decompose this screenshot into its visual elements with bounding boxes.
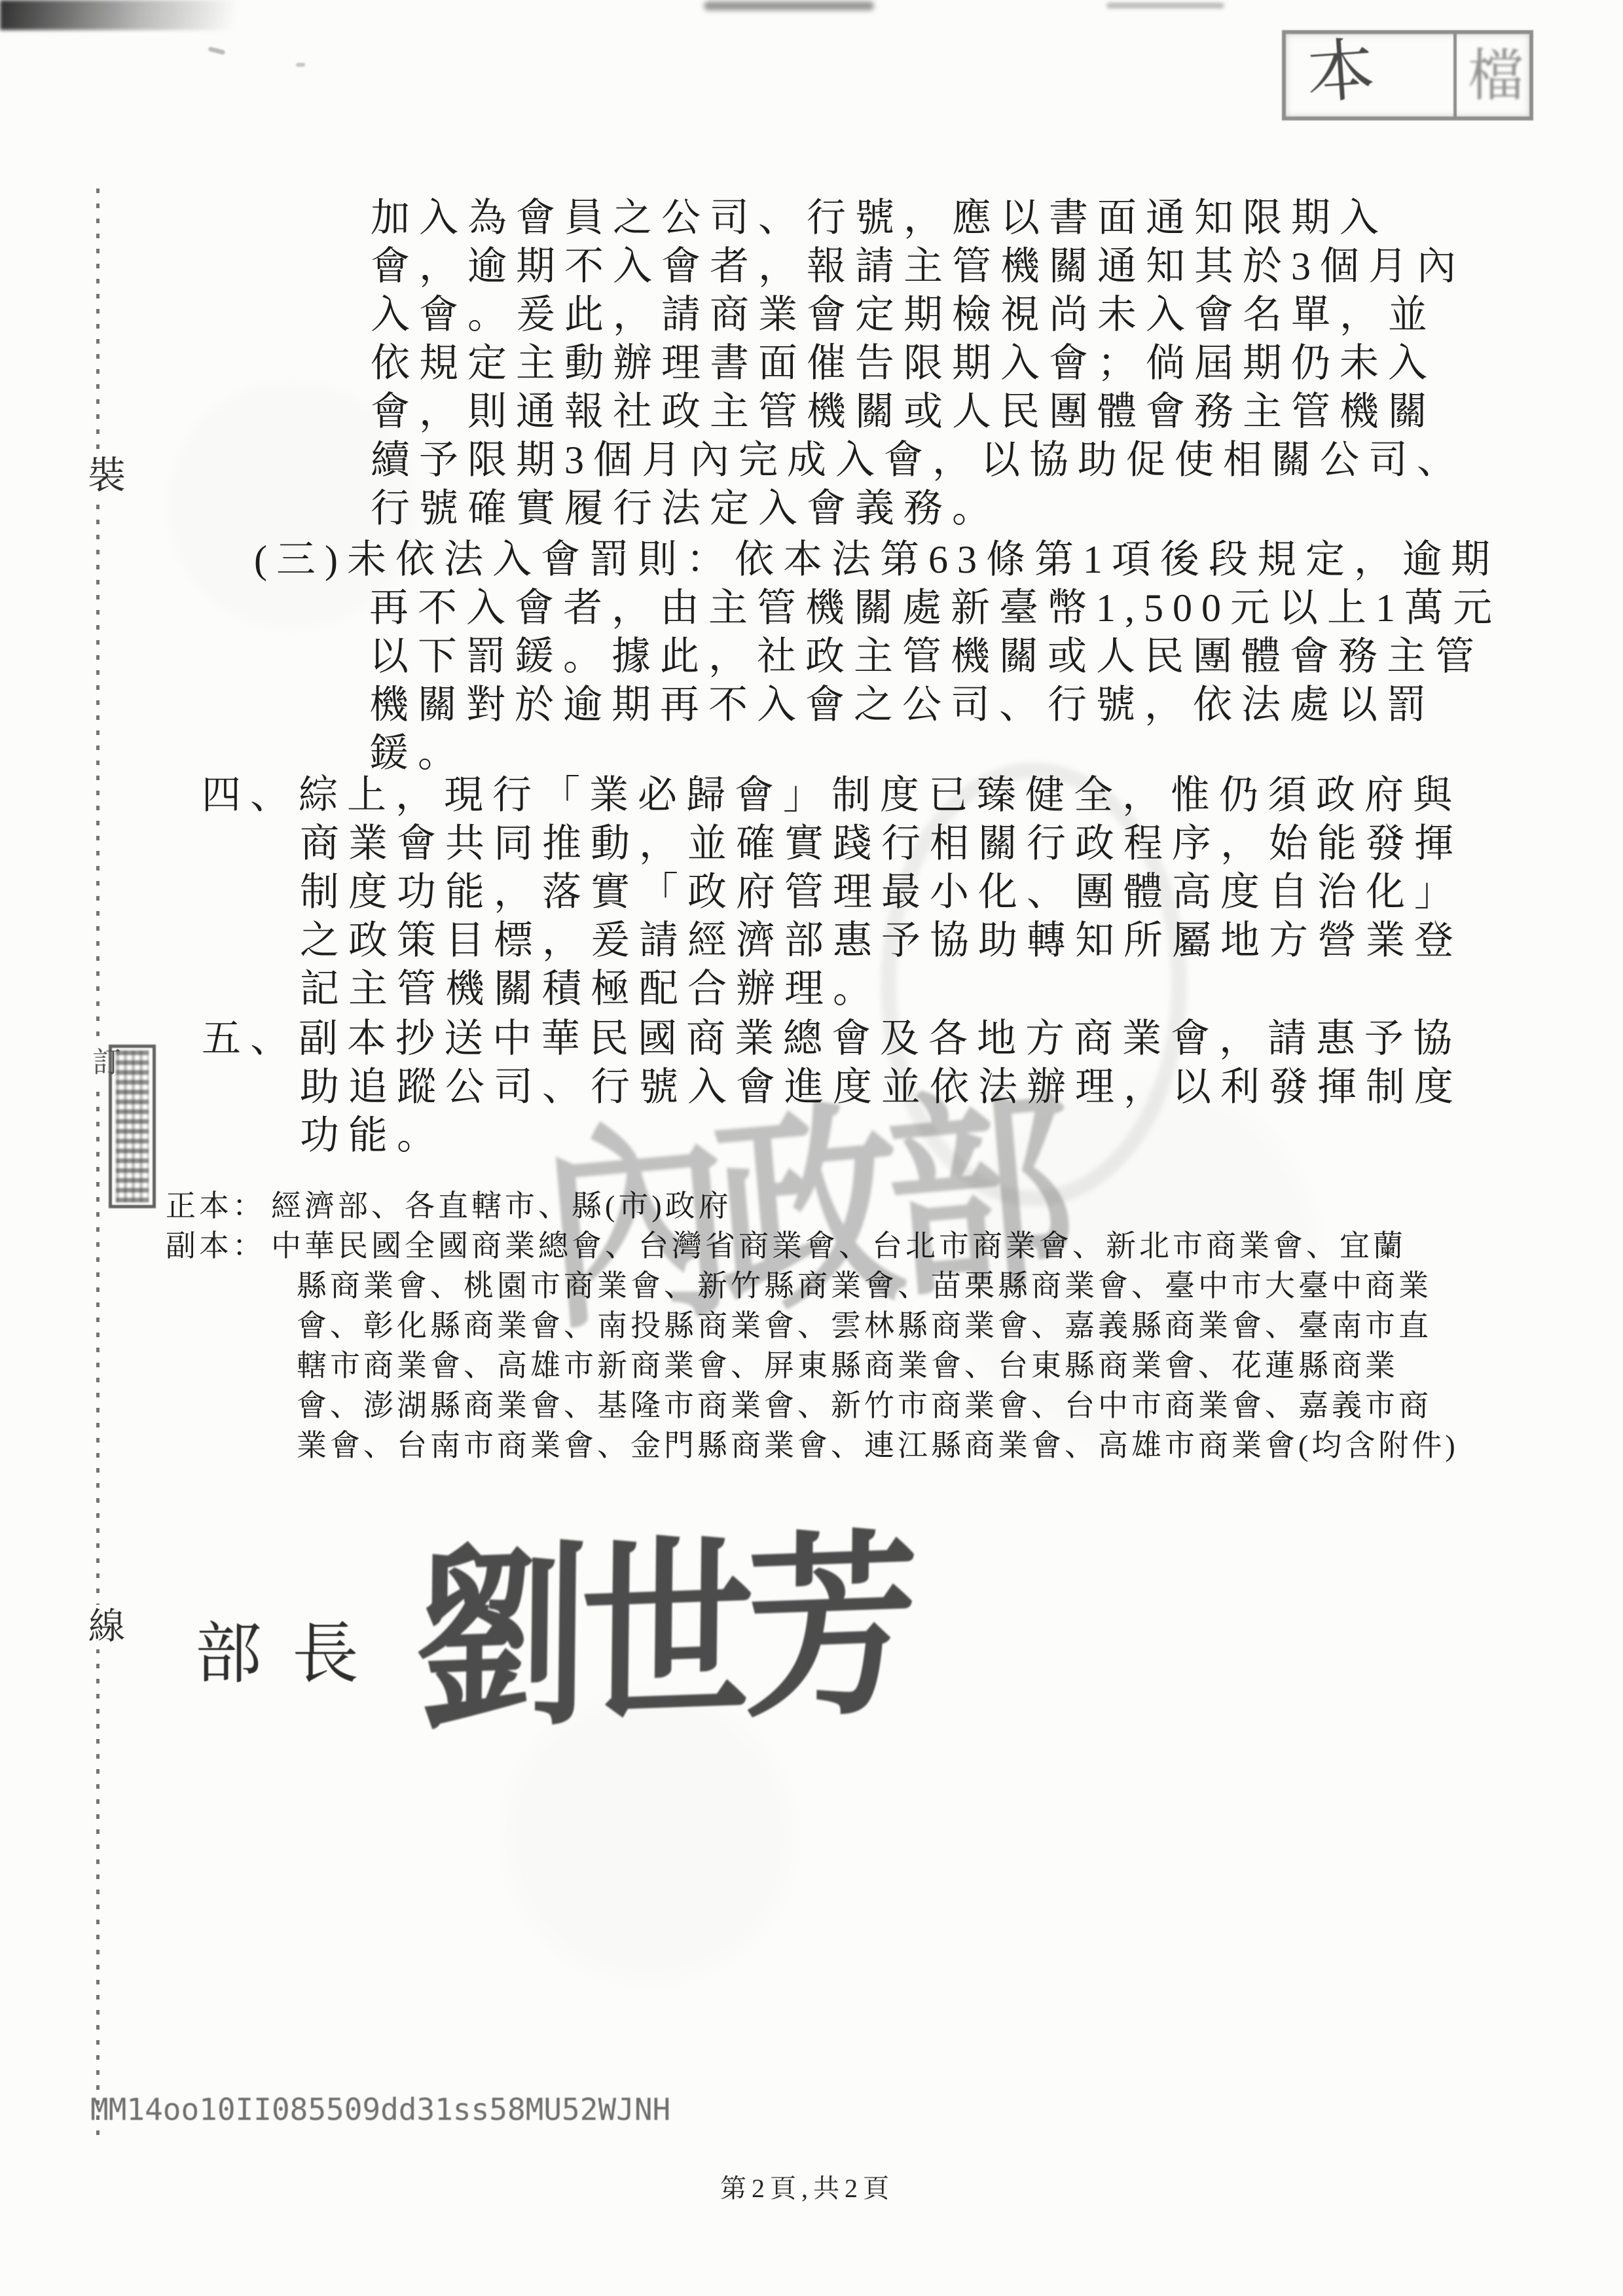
margin-vertical-stamp xyxy=(109,1045,156,1208)
original-label: 正本： xyxy=(166,1189,266,1223)
paragraph-item-4: 四、綜上，現行「業必歸會」制度已臻健全，惟仍須政府與 商業會共同推動，並確實踐行… xyxy=(202,771,1463,1013)
minister-title: 部長 xyxy=(195,1601,389,1696)
scan-artifact-corner xyxy=(0,0,255,30)
body-line: 入會。爰此，請商業會定期檢視尚未入會名單，並 xyxy=(371,291,1465,339)
item-5-text: 副本抄送中華民國商業總會及各地方商業會，請惠予協 xyxy=(299,1017,1461,1060)
item-4-text: 綜上，現行「業必歸會」制度已臻健全，惟仍須政府與 xyxy=(299,774,1461,817)
item-4-label: 四、 xyxy=(202,774,299,817)
copy-recipients-line: 轄市商業會、高雄市新商業會、屏東縣商業會、台東縣商業會、花蓮縣商業 xyxy=(297,1346,1459,1386)
scanned-document-page: 本 檔 裝 訂 線 內政部 加入為會員之公司、行號，應以書面通知限期入 會，逾期… xyxy=(0,0,1623,2296)
body-line: 助追蹤公司、行號入會進度並依法辦理，以利發揮制度 xyxy=(300,1063,1463,1111)
page-number: 第2頁,共2頁 xyxy=(720,2168,894,2205)
body-line: (三)未依法入會罰則：依本法第63條第1項後段規定，逾期 xyxy=(254,535,1501,584)
minister-signature: 劉世芳 xyxy=(414,1467,911,1767)
body-line: 鍰。 xyxy=(369,729,1501,778)
copy-recipients-line: 副本：中華民國全國商業總會、台灣省商業會、台北市商業會、新北市商業會、宜蘭 xyxy=(166,1226,1459,1266)
body-line: 商業會共同推動，並確實踐行相關行政程序，始能發揮 xyxy=(300,819,1463,868)
original-recipients-line: 正本：經濟部、各直轄市、縣(市)政府 xyxy=(166,1186,1459,1226)
body-line: 機關對於逾期再不入會之公司、行號，依法處以罰 xyxy=(369,681,1501,729)
body-line: 以下罰鍰。據此，社政主管機關或人民團體會務主管 xyxy=(369,632,1501,681)
copy-recipients: 中華民國全國商業總會、台灣省商業會、台北市商業會、新北市商業會、宜蘭 xyxy=(271,1229,1406,1263)
body-line: 四、綜上，現行「業必歸會」制度已臻健全，惟仍須政府與 xyxy=(202,771,1463,819)
body-line: 會，逾期不入會者，報請主管機關通知其於3個月內 xyxy=(371,242,1465,291)
paragraph-continuation: 加入為會員之公司、行號，應以書面通知限期入 會，逾期不入會者，報請主管機關通知其… xyxy=(371,194,1465,533)
scan-speck xyxy=(296,63,305,67)
scan-artifact-streak xyxy=(1106,3,1224,9)
recipients-block: 正本：經濟部、各直轄市、縣(市)政府 副本：中華民國全國商業總會、台灣省商業會、… xyxy=(166,1186,1459,1465)
item-3-text: 未依法入會罰則：依本法第63條第1項後段規定，逾期 xyxy=(347,538,1499,581)
scan-speck xyxy=(208,46,226,55)
stamp-char-dang: 檔 xyxy=(1468,38,1524,114)
body-line: 記主管機關積極配合辦理。 xyxy=(300,965,1463,1013)
copy-recipients-line: 縣商業會、桃園市商業會、新竹縣商業會、苗栗縣商業會、臺中市大臺中商業 xyxy=(297,1266,1459,1306)
body-line: 五、副本抄送中華民國商業總會及各地方商業會，請惠予協 xyxy=(202,1014,1463,1063)
body-line: 加入為會員之公司、行號，應以書面通知限期入 xyxy=(371,194,1465,242)
stamp-divider xyxy=(1453,34,1457,117)
binding-char-zhuang: 裝 xyxy=(80,453,134,499)
body-line: 會，則通報社政主管機關或人民團體會務主管機關 xyxy=(371,387,1465,436)
body-line: 依規定主動辦理書面催告限期入會；倘屆期仍未入 xyxy=(371,339,1465,387)
body-line: 之政策目標，爰請經濟部惠予協助轉知所屬地方營業登 xyxy=(300,916,1463,965)
copy-recipients-line: 會、彰化縣商業會、南投縣商業會、雲林縣商業會、嘉義縣商業會、臺南市直 xyxy=(297,1306,1459,1346)
body-line: 續予限期3個月內完成入會，以協助促使相關公司、 xyxy=(371,436,1465,484)
body-line: 再不入會者，由主管機關處新臺幣1,500元以上1萬元 xyxy=(369,584,1501,632)
archive-stamp-box: 本 檔 xyxy=(1282,30,1533,120)
item-5-label: 五、 xyxy=(202,1017,299,1060)
stamp-char-ben: 本 xyxy=(1304,29,1378,117)
body-line: 功能。 xyxy=(300,1111,1463,1160)
copy-recipients-line: 業會、台南市商業會、金門縣商業會、連江縣商業會、高雄市商業會(均含附件) xyxy=(297,1426,1459,1465)
margin-vertical-stamp-print xyxy=(116,1050,149,1202)
copy-recipients-line: 會、澎湖縣商業會、基隆市商業會、新竹市商業會、台中市商業會、嘉義市商 xyxy=(297,1386,1459,1426)
scan-artifact-streak xyxy=(704,1,874,10)
copy-label: 副本： xyxy=(166,1229,266,1263)
body-line: 行號確實履行法定入會義務。 xyxy=(371,484,1465,533)
document-barcode-text: MM14oo10II085509dd31ss58MU52WJNH xyxy=(90,2092,670,2127)
paragraph-item-3: (三)未依法入會罰則：依本法第63條第1項後段規定，逾期 再不入會者，由主管機關… xyxy=(254,535,1501,778)
body-line: 制度功能，落實「政府管理最小化、團體高度自治化」 xyxy=(300,868,1463,916)
binding-char-xian: 線 xyxy=(80,1605,134,1649)
paragraph-item-5: 五、副本抄送中華民國商業總會及各地方商業會，請惠予協 助追蹤公司、行號入會進度並… xyxy=(202,1014,1463,1160)
original-recipients: 經濟部、各直轄市、縣(市)政府 xyxy=(271,1189,732,1223)
item-3-label: (三) xyxy=(254,538,347,581)
